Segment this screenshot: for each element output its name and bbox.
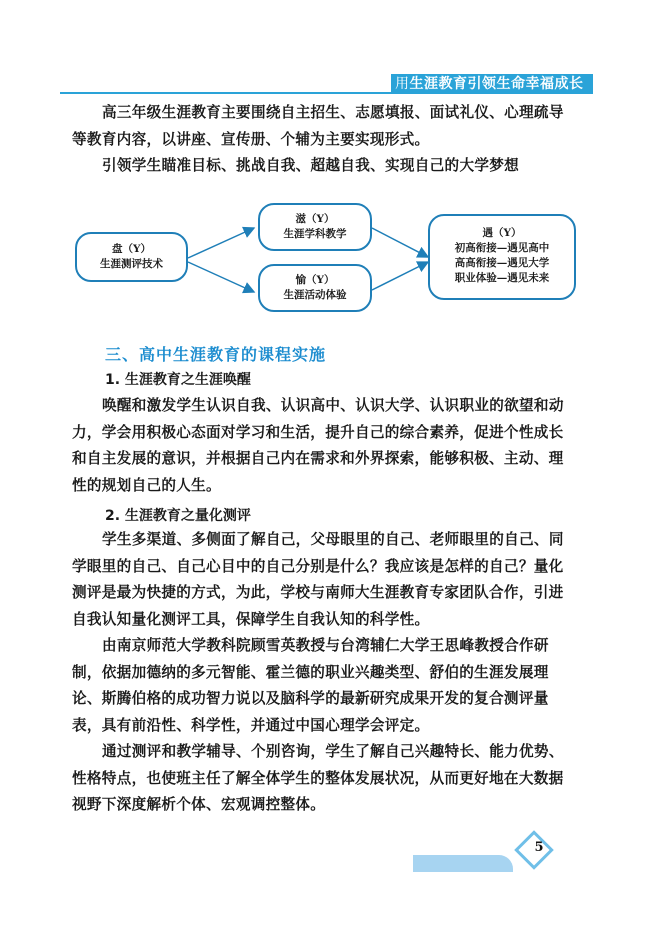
box-line: 初高衔接—遇见高中 <box>430 241 574 256</box>
diagram-box-subject-teaching: 滋（Y） 生涯学科教学 <box>258 203 372 251</box>
subsection-2-body-1: 学生多渠道、多侧面了解自己，父母眼里的自己、老师眼里的自己、同学眼里的自己、自己… <box>72 527 570 633</box>
subsection-2-body-2: 由南京师范大学教科院顾雪英教授与台湾辅仁大学王思峰教授合作研制，依据加德纳的多元… <box>72 633 570 739</box>
subsection-title-2: 2. 生涯教育之量化测评 <box>105 505 251 525</box>
box-line: 职业体验—遇见未来 <box>430 271 574 286</box>
box-title: 遇（Y） <box>430 226 574 241</box>
box-line: 生涯学科教学 <box>260 227 370 242</box>
subsection-2-body-3: 通过测评和教学辅导、个别咨询，学生了解自己兴趣特长、能力优势、性格特点，也使班主… <box>72 739 570 819</box>
subsection-1-body: 唤醒和激发学生认识自我、认识高中、认识大学、认识职业的欲望和动力，学会用积极心态… <box>72 393 570 499</box>
diagram-box-activity-experience: 愉（Y） 生涯活动体验 <box>258 264 372 312</box>
box-title: 滋（Y） <box>260 212 370 227</box>
section-title: 三、高中生涯教育的课程实施 <box>105 342 326 365</box>
subsection-title-1: 1. 生涯教育之生涯唤醒 <box>105 369 251 389</box>
box-line: 高高衔接—遇见大学 <box>430 256 574 271</box>
box-line: 生涯测评技术 <box>77 257 186 272</box>
diagram-box-encounter: 遇（Y） 初高衔接—遇见高中 高高衔接—遇见大学 职业体验—遇见未来 <box>428 214 576 300</box>
footer-bar <box>413 855 513 872</box>
box-title: 愉（Y） <box>260 273 370 288</box>
page-number: 5 <box>526 840 552 855</box>
diagram-box-assessment: 盘（Y） 生涯测评技术 <box>75 232 188 282</box>
box-title: 盘（Y） <box>77 242 186 257</box>
box-line: 生涯活动体验 <box>260 288 370 303</box>
